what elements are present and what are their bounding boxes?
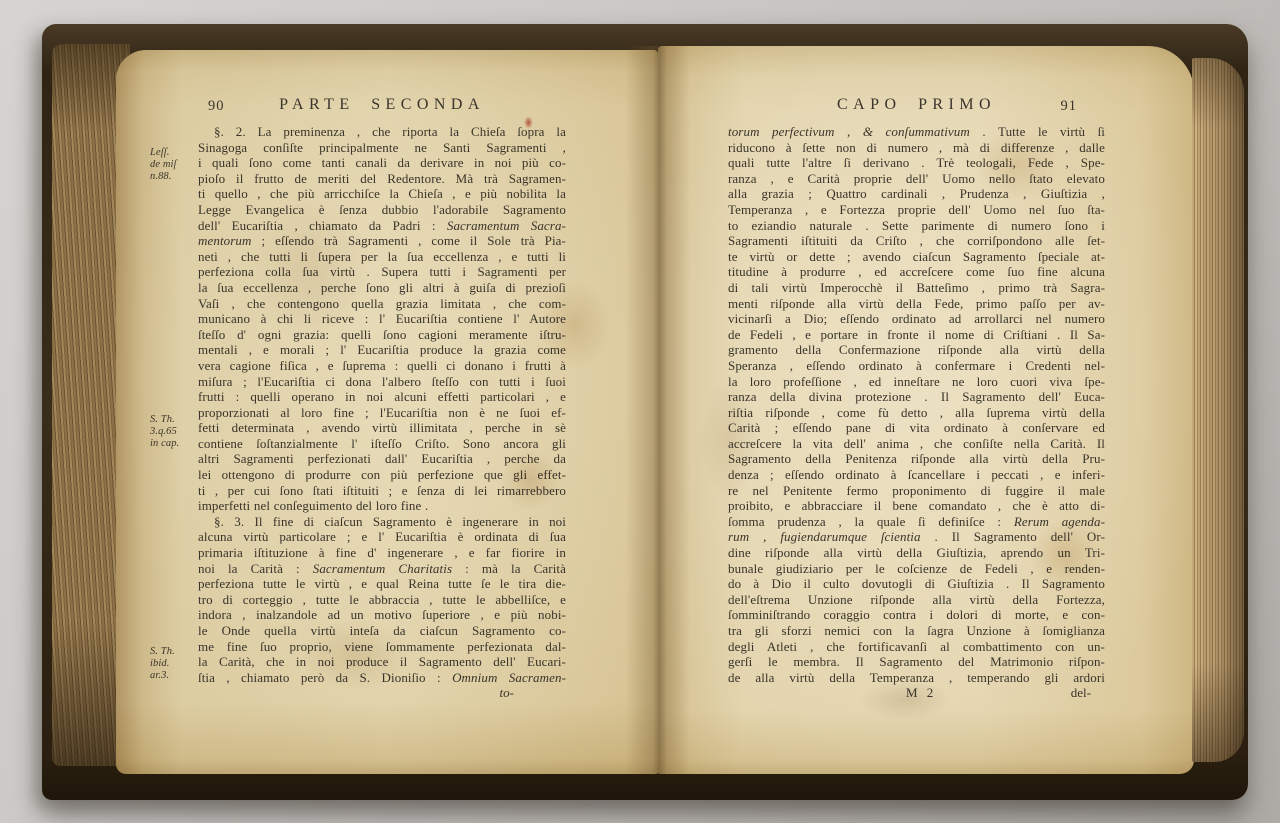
text-line: Sagramenti iſtituiti da Criſto , che cor… [728, 233, 1105, 249]
text-line: ranza , e Carità proprie dell' Uomo nell… [728, 171, 1105, 187]
margin-note-line: S. Th. [150, 646, 198, 658]
margin-note: S. Th. 3.q.65 in cap. [150, 414, 198, 449]
body-text-segment: municano à chi li riceve : l' Eucariſtia… [198, 311, 566, 326]
catchword: del- [1071, 685, 1091, 701]
body-text-segment: vicinarſi a Dio; eſſendo ordinato ad arr… [728, 311, 1105, 326]
body-text-segment: perfeziona tutte le virtù , e qual Reina… [198, 576, 566, 591]
text-line: la loro profeſſione , ed inneſtare ne lo… [728, 374, 1105, 390]
body-text-segment: dell' Eucariſtia , chiamato da Padri : [198, 218, 447, 233]
body-text-segment: mentali , e morali ; l' Eucariſtia produ… [198, 342, 566, 357]
fore-edge-right [1192, 58, 1244, 762]
text-line: to eziandio naturale . Sette parimente d… [728, 218, 1105, 234]
text-line: perfeziona colla ſua virtù . Supera tutt… [198, 264, 566, 280]
body-text-segment: menti riſponde alla virtù della Fede, pr… [728, 296, 1105, 311]
body-text-segment: bunale giudiziario per le coſcienze de F… [728, 561, 1105, 576]
text-line: altri Sagramenti perfezionati dall' Euca… [198, 451, 566, 467]
text-line: miſura ; l'Eucariſtia ci dona l'albero ſ… [198, 374, 566, 390]
text-line: titudine à produrre , ed accreſcere come… [728, 264, 1105, 280]
body-text-segment: me fine ſuo proprio, viene ſommamente pe… [198, 639, 566, 654]
body-text-segment: riſtia riſponde , come fù detto , alla ſ… [728, 405, 1105, 420]
body-text-segment: dine riſponde alla virtù della Giuſtizia… [728, 545, 1105, 560]
body-text-segment: . Tutte le virtù ſi [970, 124, 1105, 139]
body-text-segment: primaria iſtituzione à fine d' ingenerar… [198, 545, 566, 560]
gutter-shadow [626, 46, 690, 774]
body-text-segment: accreſcere la vita dell' anima , che con… [728, 436, 1105, 451]
left-page-footer: to- [198, 685, 566, 701]
text-line: ti , per cui ſono ſtati iſtituiti ; e ſe… [198, 483, 566, 499]
text-line: ti quello , che più arricchiſce la Chieſ… [198, 186, 566, 202]
italic-text: torum perfectivum , & conſummativum [728, 124, 970, 139]
text-line: proibito, e abbracciare il bene comandat… [728, 498, 1105, 514]
left-page-header: 90 PARTE SECONDA [198, 96, 566, 124]
body-text-segment: do à Dio il culto dovutogli di Giuſtizia… [728, 576, 1105, 591]
body-text-segment: : mà la Carità [452, 561, 566, 576]
text-line: bunale giudiziario per le coſcienze de F… [728, 561, 1105, 577]
body-text-segment: dell'eſtrema Unzione riſponde alla virtù… [728, 592, 1105, 607]
text-line: la ſua eccellenza , perche ſono gli altr… [198, 280, 566, 296]
text-line: §. 2. La preminenza , che riporta la Chi… [198, 124, 566, 140]
body-text-segment: indora , inalzandole ad un motivo ſuperi… [198, 607, 566, 622]
margin-note-line: Leſſ. [150, 147, 198, 159]
body-text-segment: Carità ; eſſendo pane di vita ordinato à… [728, 420, 1105, 435]
text-line: pioſo il frutto de meriti del Redentore.… [198, 171, 566, 187]
text-line: do à Dio il culto dovutogli di Giuſtizia… [728, 576, 1105, 592]
text-line: ranza della divina protezione . Il Sagra… [728, 389, 1105, 405]
body-text-segment: ranza della divina protezione . Il Sagra… [728, 389, 1105, 404]
body-text-segment: le Onde quella virtù inteſa da ciaſcun S… [198, 623, 566, 638]
italic-text: Sacramentum Sacra- [447, 218, 566, 233]
text-line: indora , inalzandole ad un motivo ſuperi… [198, 607, 566, 623]
body-text-segment: proibito, e abbracciare il bene comandat… [728, 498, 1105, 513]
text-line: de alla virtù della Temperanza , tempera… [728, 670, 1105, 686]
text-line: rum , fugiendarumque ſcientia . Il Sagra… [728, 529, 1105, 545]
text-line: menti riſponde alla virtù della Fede, pr… [728, 296, 1105, 312]
margin-note-line: ibid. [150, 658, 198, 670]
right-page-footer: M 2 del- [728, 685, 1105, 701]
body-text-segment: de Fedeli , e portare in fronte il nome … [728, 327, 1105, 342]
text-line: tra gli sforzi nemici con la ſagra Unzio… [728, 623, 1105, 639]
body-text-segment: la loro profeſſione , ed inneſtare ne lo… [728, 374, 1105, 389]
body-text-segment: gramento della Confermazione riſponde al… [728, 342, 1105, 357]
body-text-segment: noi la Carità : [198, 561, 313, 576]
text-line: mentali , e morali ; l' Eucariſtia produ… [198, 342, 566, 358]
body-text-segment: i quali ſono come tanti canali da deriva… [198, 155, 566, 170]
text-line: la Carità, che in noi produce il Sagrame… [198, 654, 566, 670]
text-line: frutti : quelli operano in noi alcuni ef… [198, 389, 566, 405]
body-text-segment: contiene ſoſtanzialmente l' iſteſſo Criſ… [198, 436, 566, 451]
text-line: gerſi le membra. Il Sagramento del Matri… [728, 654, 1105, 670]
signature-mark: M 2 [906, 685, 936, 701]
text-line: imperfetti nel conſeguimento del loro fi… [198, 498, 566, 514]
text-line: re nel Penitente fermo proponimento di f… [728, 483, 1105, 499]
text-line: riducono à ſette non di numero , mà di d… [728, 140, 1105, 156]
body-text: torum perfectivum , & conſummativum . Tu… [728, 124, 1105, 685]
text-line: noi la Carità : Sacramentum Charitatis :… [198, 561, 566, 577]
text-line: di tali virtù Imperocchè il Batteſimo , … [728, 280, 1105, 296]
body-text-segment: la ſua eccellenza , perche ſono gli altr… [198, 280, 566, 295]
body-text: §. 2. La preminenza , che riporta la Chi… [198, 124, 566, 685]
text-line: Vaſi , che contengono quella grazia limi… [198, 296, 566, 312]
text-line: quali tutte l'altre ſi derivano . Trè te… [728, 155, 1105, 171]
text-line: ſomminiſtrando coraggio contra i dolori … [728, 607, 1105, 623]
body-text-segment: pioſo il frutto de meriti del Redentore.… [198, 171, 566, 186]
body-text-segment: denza ; eſſendo ordinato à ſcancellare i… [728, 467, 1105, 482]
body-text-segment: Legge Evangelica è ſenza dubbio l'adorab… [198, 202, 566, 217]
body-text-segment: ti quello , che più arricchiſce la Chieſ… [198, 186, 566, 201]
text-line: dell'eſtrema Unzione riſponde alla virtù… [728, 592, 1105, 608]
body-text-segment: alcuna virtù particolare ; e l' Eucariſt… [198, 529, 566, 544]
text-line: fetti determinata , avendo virtù illimit… [198, 420, 566, 436]
text-line: dine riſponde alla virtù della Giuſtizia… [728, 545, 1105, 561]
body-text-segment: . Il Sagramento dell' Or- [921, 529, 1105, 544]
margin-note-line: 3.q.65 [150, 426, 198, 438]
text-line: tro di corteggio , tutte le abbraccia , … [198, 592, 566, 608]
body-text-segment: vera cagione fiſica , e ſuprema : quelli… [198, 358, 566, 373]
text-line: te virtù or dette ; avendo ciaſcun Sagra… [728, 249, 1105, 265]
margin-note-line: ar.3. [150, 670, 198, 682]
left-page-text: 90 PARTE SECONDA §. 2. La preminenza , c… [198, 96, 566, 701]
body-text-segment: tro di corteggio , tutte le abbraccia , … [198, 592, 566, 607]
body-text-segment: §. 2. La preminenza , che riporta la Chi… [214, 124, 566, 139]
text-line: denza ; eſſendo ordinato à ſcancellare i… [728, 467, 1105, 483]
text-line: gramento della Confermazione riſponde al… [728, 342, 1105, 358]
italic-text: Rerum agenda- [1014, 514, 1105, 529]
catchword: to- [500, 685, 514, 701]
text-line: lei ottengono di produrre con più perfez… [198, 467, 566, 483]
body-text-segment: perfeziona colla ſua virtù . Supera tutt… [198, 264, 566, 279]
text-line: le Onde quella virtù inteſa da ciaſcun S… [198, 623, 566, 639]
text-line: alla grazia ; Quattro cardinali , Pruden… [728, 186, 1105, 202]
italic-text: mentorum [198, 233, 252, 248]
body-text-segment: §. 3. Il fine di ciaſcun Sagramento è in… [214, 514, 566, 529]
body-text-segment: quali tutte l'altre ſi derivano . Trè te… [728, 155, 1105, 170]
text-line: de Fedeli , e portare in fronte il nome … [728, 327, 1105, 343]
italic-text: rum , fugiendarumque ſcientia [728, 529, 921, 544]
right-page-text: CAPO PRIMO 91 torum perfectivum , & conſ… [728, 96, 1105, 701]
body-text-segment: degli Atleti , che fortificavanſi al com… [728, 639, 1105, 654]
text-line: dell' Eucariſtia , chiamato da Padri : S… [198, 218, 566, 234]
body-text-segment: de alla virtù della Temperanza , tempera… [728, 670, 1105, 685]
body-text-segment: Sagramento della Penitenza riſponde alla… [728, 451, 1105, 466]
text-line: vicinarſi a Dio; eſſendo ordinato ad arr… [728, 311, 1105, 327]
page-number: 91 [1061, 98, 1078, 115]
text-line: degli Atleti , che fortificavanſi al com… [728, 639, 1105, 655]
body-text-segment: Speranza , eſſendo ordinato à confermare… [728, 358, 1105, 373]
text-line: Legge Evangelica è ſenza dubbio l'adorab… [198, 202, 566, 218]
text-line: Carità ; eſſendo pane di vita ordinato à… [728, 420, 1105, 436]
running-header: PARTE SECONDA [198, 96, 566, 114]
text-line: ſomma prudenza , la quale ſi definiſce :… [728, 514, 1105, 530]
body-text-segment: Sinagoga conſiſte principalmente ne Sant… [198, 140, 566, 155]
body-text-segment: di tali virtù Imperocchè il Batteſimo , … [728, 280, 1105, 295]
body-text-segment: riducono à ſette non di numero , mà di d… [728, 140, 1105, 155]
body-text-segment: ; eſſendo trà Sagramenti , come il Sole … [252, 233, 566, 248]
body-text-segment: proporzionati al loro fine ; l'Eucariſti… [198, 405, 566, 420]
text-line: Sinagoga conſiſte principalmente ne Sant… [198, 140, 566, 156]
text-line: §. 3. Il fine di ciaſcun Sagramento è in… [198, 514, 566, 530]
text-line: proporzionati al loro fine ; l'Eucariſti… [198, 405, 566, 421]
body-text-segment: to eziandio naturale . Sette parimente d… [728, 218, 1105, 233]
text-line: contiene ſoſtanzialmente l' iſteſſo Criſ… [198, 436, 566, 452]
right-page-header: CAPO PRIMO 91 [728, 96, 1105, 124]
body-text-segment: Vaſi , che contengono quella grazia limi… [198, 296, 566, 311]
body-text-segment: alla grazia ; Quattro cardinali , Pruden… [728, 186, 1105, 201]
book-photo: 90 PARTE SECONDA §. 2. La preminenza , c… [0, 0, 1280, 823]
body-text-segment: frutti : quelli operano in noi alcuni ef… [198, 389, 566, 404]
italic-text: Omnium Sacramen- [452, 670, 566, 685]
body-text-segment: neti , che tutti li ſupera per la ſua ec… [198, 249, 566, 264]
text-line: vera cagione fiſica , e ſuprema : quelli… [198, 358, 566, 374]
body-text-segment: la Carità, che in noi produce il Sagrame… [198, 654, 566, 669]
text-line: primaria iſtituzione à fine d' ingenerar… [198, 545, 566, 561]
page-number: 90 [208, 98, 225, 115]
text-line: me fine ſuo proprio, viene ſommamente pe… [198, 639, 566, 655]
text-line: alcuna virtù particolare ; e l' Eucariſt… [198, 529, 566, 545]
body-text-segment: tra gli sforzi nemici con la ſagra Unzio… [728, 623, 1105, 638]
text-line: perfeziona tutte le virtù , e qual Reina… [198, 576, 566, 592]
body-text-segment: altri Sagramenti perfezionati dall' Euca… [198, 451, 566, 466]
body-text-segment: Sagramenti iſtituiti da Criſto , che cor… [728, 233, 1105, 248]
text-line: ſteſſo d' ogni grazia: quelli ſono cagio… [198, 327, 566, 343]
body-text-segment: ſomma prudenza , la quale ſi definiſce : [728, 514, 1014, 529]
margin-note: Leſſ. de miſ n.88. [150, 147, 198, 182]
body-text-segment: ſomminiſtrando coraggio contra i dolori … [728, 607, 1105, 622]
margin-note-line: n.88. [150, 171, 198, 183]
body-text-segment: lei ottengono di produrre con più perfez… [198, 467, 566, 482]
body-text-segment: ſtia , chiamato però da S. Dioniſio : [198, 670, 452, 685]
body-text-segment: te virtù or dette ; avendo ciaſcun Sagra… [728, 249, 1105, 264]
body-text-segment: imperfetti nel conſeguimento del loro fi… [198, 498, 428, 513]
text-line: Temperanza , e Fortezza proprie dell' Uo… [728, 202, 1105, 218]
text-line: mentorum ; eſſendo trà Sagramenti , come… [198, 233, 566, 249]
text-line: accreſcere la vita dell' anima , che con… [728, 436, 1105, 452]
body-text-segment: miſura ; l'Eucariſtia ci dona l'albero ſ… [198, 374, 566, 389]
margin-note-line: in cap. [150, 438, 198, 450]
body-text-segment: ranza , e Carità proprie dell' Uomo nell… [728, 171, 1105, 186]
text-line: torum perfectivum , & conſummativum . Tu… [728, 124, 1105, 140]
margin-note: S. Th. ibid. ar.3. [150, 646, 198, 681]
body-text-segment: re nel Penitente fermo proponimento di f… [728, 483, 1105, 498]
text-line: neti , che tutti li ſupera per la ſua ec… [198, 249, 566, 265]
body-text-segment: titudine à produrre , ed accreſcere come… [728, 264, 1105, 279]
text-line: Speranza , eſſendo ordinato à confermare… [728, 358, 1105, 374]
body-text-segment: Temperanza , e Fortezza proprie dell' Uo… [728, 202, 1105, 217]
italic-text: Sacramentum Charitatis [313, 561, 452, 576]
margin-note-line: de miſ [150, 159, 198, 171]
text-line: municano à chi li riceve : l' Eucariſtia… [198, 311, 566, 327]
body-text-segment: gerſi le membra. Il Sagramento del Matri… [728, 654, 1105, 669]
text-line: ſtia , chiamato però da S. Dioniſio : Om… [198, 670, 566, 686]
running-header: CAPO PRIMO [728, 96, 1105, 114]
body-text-segment: fetti determinata , avendo virtù illimit… [198, 420, 566, 435]
margin-note-line: S. Th. [150, 414, 198, 426]
body-text-segment: ti , per cui ſono ſtati iſtituiti ; e ſe… [198, 483, 566, 498]
text-line: Sagramento della Penitenza riſponde alla… [728, 451, 1105, 467]
body-text-segment: ſteſſo d' ogni grazia: quelli ſono cagio… [198, 327, 566, 342]
text-line: riſtia riſponde , come fù detto , alla ſ… [728, 405, 1105, 421]
text-line: i quali ſono come tanti canali da deriva… [198, 155, 566, 171]
